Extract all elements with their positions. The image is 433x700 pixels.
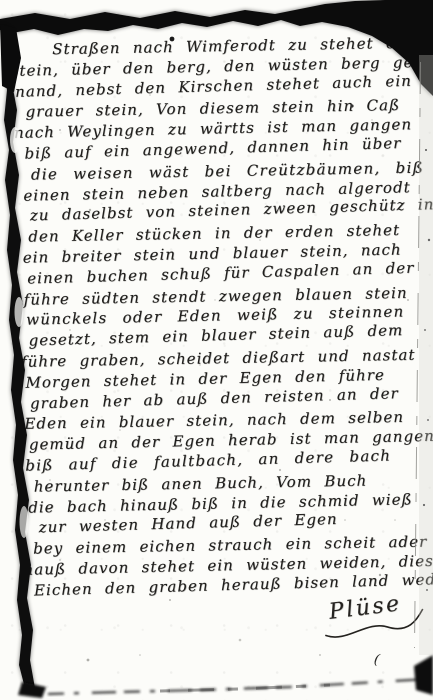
- manuscript-text: Straßen nach Wimferodt zu stehet ein wac…: [8, 31, 433, 602]
- stray-mark: (: [373, 652, 381, 669]
- signature: Plüse: [328, 588, 429, 644]
- scan-artifact-bottom-edge: [18, 655, 433, 698]
- scanned-manuscript-page: Straßen nach Wimferodt zu stehet ein wac…: [0, 0, 433, 700]
